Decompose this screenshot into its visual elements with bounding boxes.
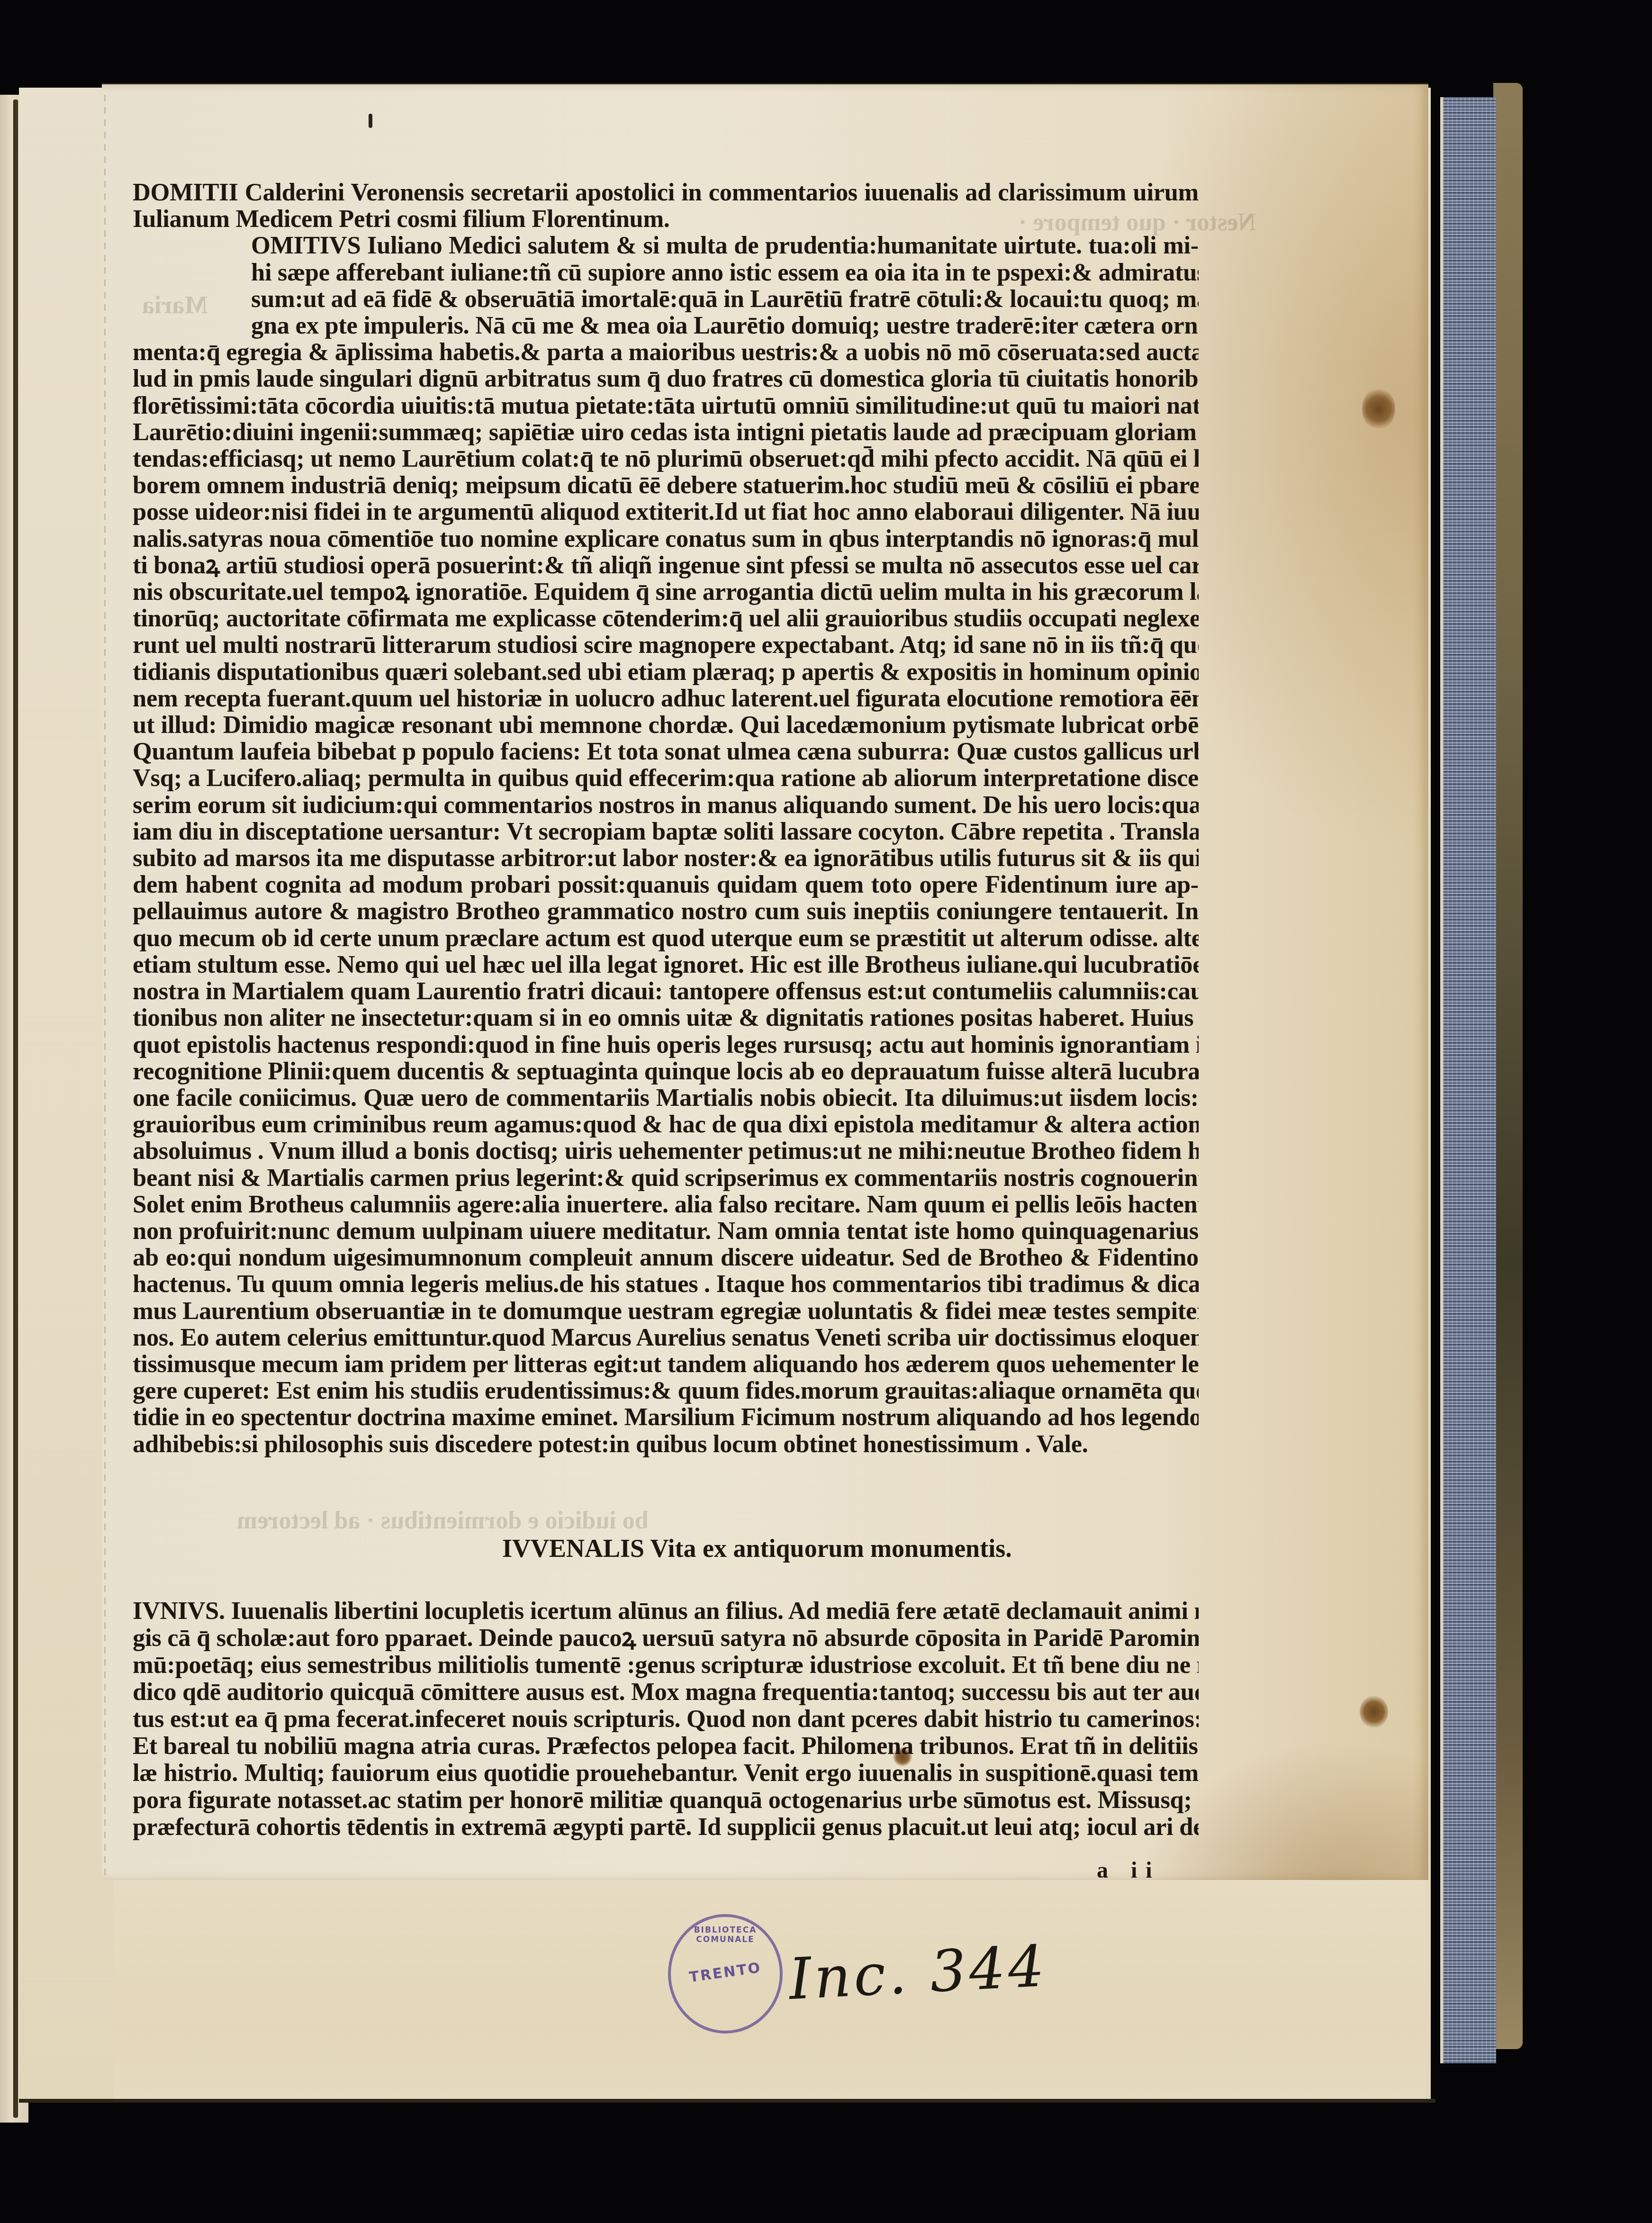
- text-line: tendas:efficiasq; ut nemo Laurētium cola…: [133, 445, 1199, 472]
- text-line: pellauimus autore & magistro Brotheo gra…: [133, 898, 1199, 924]
- text-line: menta:q̄ egregia & āplissima habetis.& p…: [133, 339, 1199, 365]
- text-line: grauioribus eum criminibus reum agamus:q…: [133, 1111, 1199, 1138]
- page-bottom-edge: [19, 2099, 1435, 2103]
- text-line: pora figurate notasset.ac statim per hon…: [133, 1787, 1199, 1814]
- text-line: absoluimus . Vnum illud a bonis doctisq;…: [133, 1138, 1199, 1164]
- text-line: tissimusque mecum iam pridem per littera…: [133, 1351, 1199, 1377]
- text-line: sum:ut ad eā fidē & obseruātiā imortalē:…: [133, 286, 1199, 312]
- bleed-through-text: bo iudicio e dormientibus · ad lectorem: [237, 1507, 649, 1535]
- text-line: tidianis disputationibus quæri solebant.…: [133, 659, 1199, 685]
- text-line: nos. Eo autem celerius emittuntur.quod M…: [133, 1324, 1199, 1351]
- stain-spot: [1360, 1695, 1388, 1728]
- text-line: tionibus non aliter ne insectetur:quam s…: [133, 1004, 1199, 1031]
- binding-board: [1493, 83, 1523, 2049]
- section-heading: IVVENALIS Vita ex antiquorum monumentis.: [502, 1534, 1012, 1563]
- text-line: gere cuperet: Est enim his studiis erude…: [133, 1377, 1199, 1404]
- text-line: Laurētio:diuini ingenii:summæq; sapiētiæ…: [133, 419, 1199, 445]
- stamp-ring-text: BIBLIOTECA COMUNALE: [671, 1925, 780, 1944]
- stamp-center-text: TRENTO: [670, 1957, 781, 1988]
- handwritten-shelfmark: Inc. 344: [787, 1934, 1049, 2013]
- title-line: DOMITII Calderini Veronensis secretarii …: [133, 179, 1199, 206]
- text-line: Et bareal tu nobiliū magna atria curas. …: [133, 1733, 1199, 1760]
- text-line: mū:poetāq; eius semestribus militiolis t…: [133, 1652, 1199, 1679]
- text-line: Quantum laufeia bibebat p populo faciens…: [133, 738, 1199, 765]
- title-line: Iulianum Medicem Petri cosmi filium Flor…: [133, 206, 1199, 232]
- text-line: Vsq; a Lucifero.aliaq; permulta in quibu…: [133, 765, 1199, 791]
- text-line: one facile coniicimus. Quæ uero de comme…: [133, 1084, 1199, 1111]
- text-line: subito ad marsos ita me disputasse arbit…: [133, 845, 1199, 871]
- text-line: tus est:ut ea q̄ pma fecerat.infeceret n…: [133, 1706, 1199, 1733]
- text-line: posse uideor:nisi fidei in te argumentū …: [133, 498, 1199, 525]
- text-line: ut illud: Dimidio magicæ resonant ubi me…: [133, 712, 1199, 738]
- text-line: adhibebis:si philosophis suis discedere …: [133, 1431, 1199, 1457]
- text-line: hi sæpe afferebant iuliane:tñ cū supiore…: [133, 259, 1199, 286]
- text-line: quot epistolis hactenus respondi:quod in…: [133, 1031, 1199, 1058]
- text-line: dico qdē auditorio quicquā cōmittere aus…: [133, 1679, 1199, 1706]
- text-line: runt uel multi nostrarū litterarum studi…: [133, 632, 1199, 658]
- text-line: lud in pmis laude singulari dignū arbitr…: [133, 365, 1199, 392]
- marbled-fore-edge: [1440, 97, 1496, 2063]
- fold-line: [104, 95, 106, 1876]
- text-line: recognitione Plinii:quem ducentis & sept…: [133, 1058, 1199, 1084]
- text-line: nem recepta fuerant.quum uel historiæ in…: [133, 685, 1199, 712]
- stray-ink-mark: [369, 114, 372, 128]
- text-line: gis cā q̄ scholæ:aut foro pparaet. Deind…: [133, 1625, 1199, 1652]
- text-line: ti bonaꝝ artiū studiosi operā posuerint:…: [133, 552, 1199, 578]
- text-line: quo mecum ob id certe unum præclare actu…: [133, 925, 1199, 951]
- text-line: Solet enim Brotheus calumniis agere:alia…: [133, 1191, 1199, 1218]
- text-line: tidie in eo spectentur doctrina maxime e…: [133, 1404, 1199, 1430]
- vita-text-block: IVNIVS. Iuuenalis libertini locupletis i…: [133, 1598, 1199, 1841]
- dedication-text-block: DOMITII Calderini Veronensis secretarii …: [133, 179, 1199, 1457]
- left-leaf-dark-edge: [13, 99, 18, 2118]
- text-line: hactenus. Tu quum omnia legeris melius.d…: [133, 1271, 1199, 1297]
- stain-spot: [1362, 388, 1395, 430]
- text-line: beant nisi & Martialis carmen prius lege…: [133, 1165, 1199, 1191]
- text-line: nis obscuritate.uel tempoꝝ ignoratiōe. E…: [133, 578, 1199, 605]
- text-line: IVNIVS. Iuuenalis libertini locupletis i…: [133, 1598, 1199, 1625]
- text-line: læ histrio. Multiq; fauiorum eius quotid…: [133, 1760, 1199, 1787]
- signature-mark: a ii: [1097, 1857, 1161, 1883]
- text-line: borem omnem industriā deniq; meipsum dic…: [133, 472, 1199, 498]
- text-line: serim eorum sit iudicium:qui commentario…: [133, 792, 1199, 818]
- text-line: iam diu in disceptatione uersantur: Vt s…: [133, 818, 1199, 845]
- text-line: tinorūq; auctoritate cōfirmata me explic…: [133, 605, 1199, 632]
- text-line: nalis.satyras noua cōmentiōe tuo nomine …: [133, 525, 1199, 552]
- text-line: OMITIVS Iuliano Medici salutem & si mult…: [133, 232, 1199, 259]
- library-stamp: BIBLIOTECA COMUNALE TRENTO: [668, 1914, 783, 2033]
- text-line: mus Laurentium obseruantiæ in te domumqu…: [133, 1298, 1199, 1324]
- text-line: dem habent cognita ad modum probari poss…: [133, 871, 1199, 898]
- text-line: gna ex pte impuleris. Nā cū me & mea oia…: [133, 312, 1199, 339]
- text-line: nostra in Martialem quam Laurentio fratr…: [133, 978, 1199, 1004]
- text-line: florētissimi:tāta cōcordia uiuitis:tā mu…: [133, 392, 1199, 419]
- text-line: ab eo:qui nondum uigesimumnonum compleui…: [133, 1244, 1199, 1271]
- text-line: non profuirit:nunc demum uulpinam uiuere…: [133, 1218, 1199, 1244]
- text-line: præfecturā cohortis tēdentis in extremā …: [133, 1814, 1199, 1841]
- text-line: etiam stultum esse. Nemo qui uel hæc uel…: [133, 951, 1199, 978]
